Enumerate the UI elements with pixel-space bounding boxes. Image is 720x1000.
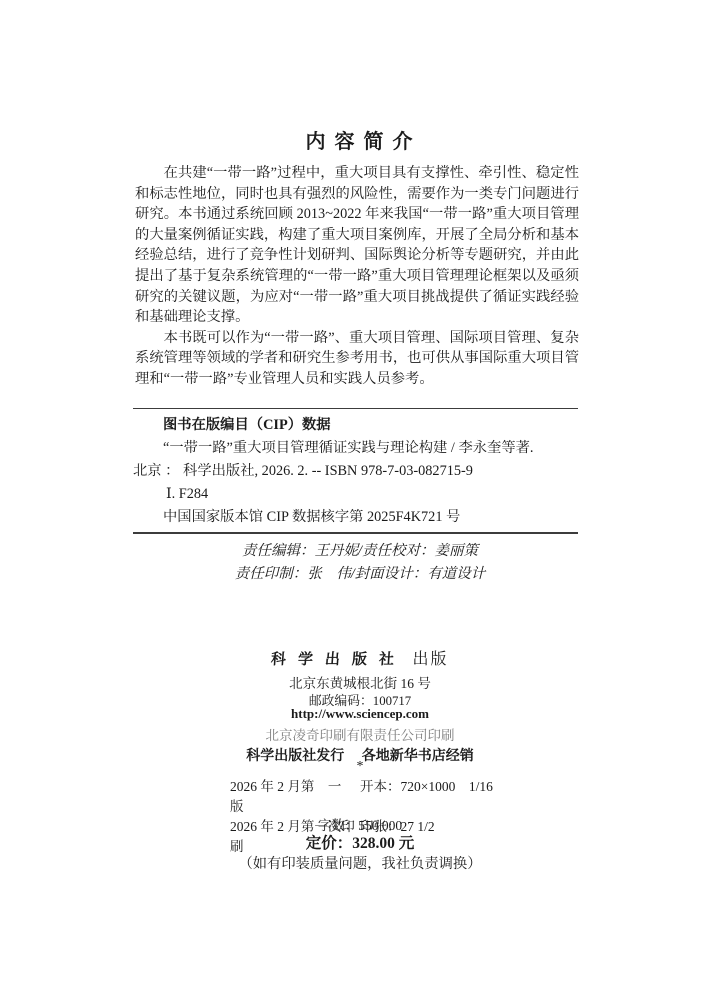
publisher-url: http://www.sciencep.com <box>0 706 720 722</box>
publisher-address: 北京东黄城根北街 16 号 <box>0 672 720 692</box>
edition-date: 2026 年 2 月第 一 版 <box>230 777 360 817</box>
book-copyright-page: 内 容 简 介 在共建“一带一路”过程中，重大项目具有支撑性、牵引性、稳定性和标… <box>0 0 720 1000</box>
publisher-logo-line: 科学出版社 出版 <box>0 646 720 669</box>
summary-paragraph-2: 本书既可以作为“一带一路”、重大项目管理、国际项目管理、复杂系统管理等领域的学者… <box>135 328 579 390</box>
summary-paragraph-1: 在共建“一带一路”过程中，重大项目具有支撑性、牵引性、稳定性和标志性地位，同时也… <box>135 163 579 328</box>
cip-heading: 图书在版编目（CIP）数据 <box>133 414 578 437</box>
cip-title-line: “一带一路”重大项目管理循证实践与理论构建 / 李永奎等著. <box>133 437 578 460</box>
content-summary: 在共建“一带一路”过程中，重大项目具有支撑性、牵引性、稳定性和标志性地位，同时也… <box>135 163 579 390</box>
edition-row: 2026 年 2 月第 一 版 开本：720×1000 1/16 <box>230 777 493 817</box>
staff-editors-line: 责任编辑：王丹妮/责任校对：姜丽策 <box>0 540 720 563</box>
cip-publisher-line: 北京 ： 科学出版社, 2026. 2. -- ISBN 978-7-03-08… <box>133 460 578 483</box>
quality-note: （如有印装质量问题，我社负责调换） <box>0 853 720 873</box>
price: 定价：328.00 元 <box>0 831 720 853</box>
format-spec: 开本：720×1000 1/16 <box>360 777 493 817</box>
printer-company: 北京凌奇印刷有限责任公司印刷 <box>0 724 720 744</box>
staff-credits: 责任编辑：王丹妮/责任校对：姜丽策 责任印制：张 伟/封面设计：有道设计 <box>0 540 720 586</box>
cip-classification: Ⅰ. F284 <box>133 483 578 506</box>
page-title: 内 容 简 介 <box>0 125 720 154</box>
cip-data-block: 图书在版编目（CIP）数据 “一带一路”重大项目管理循证实践与理论构建 / 李永… <box>133 408 578 534</box>
cip-record-number: 中国国家版本馆 CIP 数据核字第 2025F4K721 号 <box>133 506 578 529</box>
divider-asterisk: * <box>0 759 720 775</box>
publisher-logo-suffix: 出版 <box>413 651 449 668</box>
publisher-logo: 科学出版社 <box>271 648 407 669</box>
staff-print-design-line: 责任印制：张 伟/封面设计：有道设计 <box>0 563 720 586</box>
